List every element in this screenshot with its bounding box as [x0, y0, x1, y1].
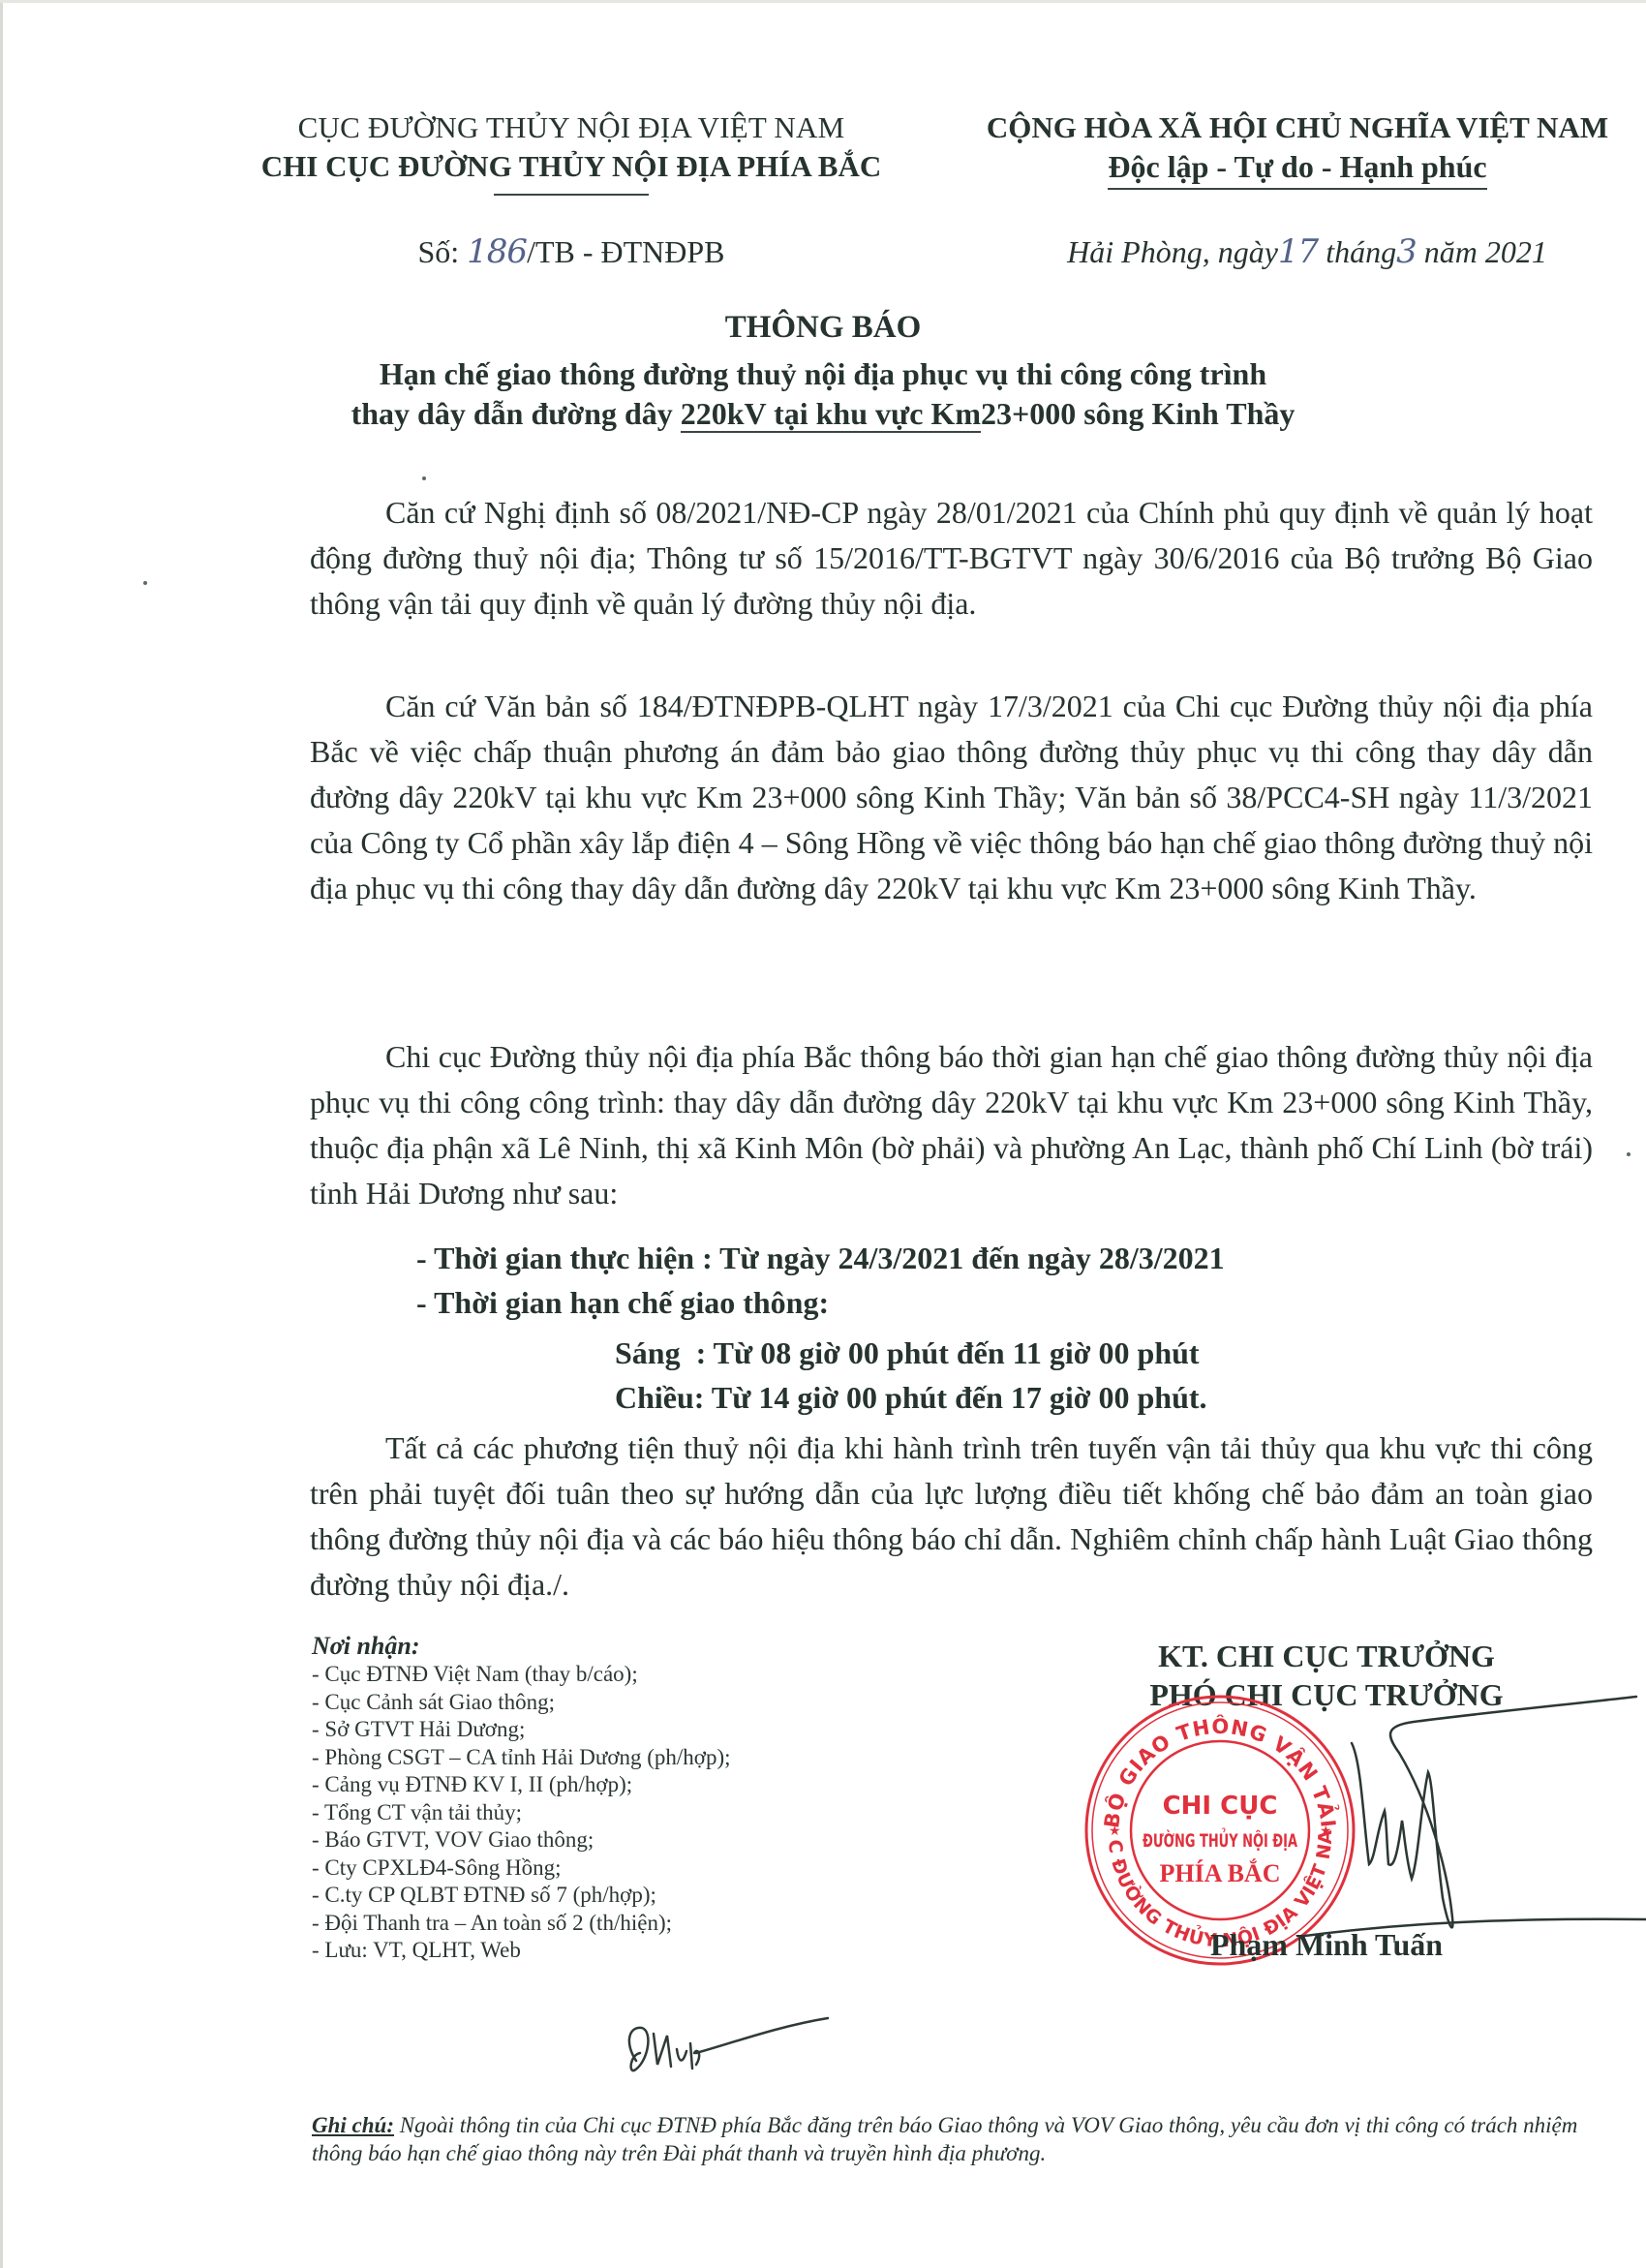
- document-number: Số: 186/TB - ĐTNĐPB: [155, 232, 988, 271]
- compliance-paragraph: Tất cả các phương tiện thuỷ nội địa khi …: [310, 1425, 1593, 1608]
- issuing-agency: CHI CỤC ĐƯỜNG THỦY NỘI ĐỊA PHÍA BẮC: [155, 147, 988, 186]
- recipients-heading: Nơi nhận:: [312, 1632, 912, 1661]
- recipients-list: - Cục ĐTNĐ Việt Nam (thay b/cáo);- Cục C…: [312, 1661, 912, 1965]
- legal-basis-paragraph-1: Căn cứ Nghị định số 08/2021/NĐ-CP ngày 2…: [310, 490, 1593, 627]
- recipient-item: - Cảng vụ ĐTNĐ KV I, II (ph/hợp);: [312, 1771, 912, 1799]
- scan-edge: [0, 0, 3, 2268]
- recipient-item: - Lưu: VT, QLHT, Web: [312, 1937, 912, 1965]
- signer-name: Phạm Minh Tuấn: [1055, 1927, 1598, 1963]
- recipient-item: - Báo GTVT, VOV Giao thông;: [312, 1826, 912, 1854]
- recipient-item: - Tổng CT vận tải thủy;: [312, 1799, 912, 1827]
- recipient-item: - C.ty CP QLBT ĐTNĐ số 7 (ph/hợp);: [312, 1882, 912, 1910]
- recipients-block: Nơi nhận: - Cục ĐTNĐ Việt Nam (thay b/cá…: [312, 1632, 912, 1965]
- national-motto: Độc lập - Tự do - Hạnh phúc: [1108, 147, 1486, 190]
- footnote: Ghi chú: Ngoài thông tin của Chi cục ĐTN…: [312, 2111, 1609, 2167]
- afternoon-restriction: Chiều: Từ 14 giờ 00 phút đến 17 giờ 00 p…: [615, 1375, 1207, 1420]
- execution-time: - Thời gian thực hiện : Từ ngày 24/3/202…: [416, 1236, 1225, 1280]
- recipient-item: - Phòng CSGT – CA tỉnh Hải Dương (ph/hợp…: [312, 1744, 912, 1772]
- handwritten-day: 17: [1278, 232, 1318, 271]
- handwritten-doc-number: 186: [467, 232, 527, 271]
- scan-edge-top: [0, 0, 1646, 3]
- agency-underline: [494, 194, 649, 196]
- legal-basis-paragraph-2: Căn cứ Văn bản số 184/ĐTNĐPB-QLHT ngày 1…: [310, 684, 1593, 911]
- recipient-item: - Cục ĐTNĐ Việt Nam (thay b/cáo);: [312, 1661, 912, 1689]
- document-subject: Hạn chế giao thông đường thuỷ nội địa ph…: [155, 354, 1491, 434]
- handwritten-signature-icon: [1162, 1675, 1646, 1937]
- footnote-text: Ngoài thông tin của Chi cục ĐTNĐ phía Bắ…: [312, 2113, 1577, 2165]
- scan-speck: [422, 476, 426, 480]
- recipient-item: - Sở GTVT Hải Dương;: [312, 1716, 912, 1744]
- issue-date: Hải Phòng, ngày17 tháng3 năm 2021: [968, 232, 1646, 271]
- republic-title: CỘNG HÒA XÃ HỘI CHỦ NGHĨA VIỆT NAM: [949, 108, 1646, 147]
- recipient-item: - Cục Cảnh sát Giao thông;: [312, 1689, 912, 1717]
- footnote-label: Ghi chú:: [312, 2113, 394, 2137]
- document-title: THÔNG BÁO: [155, 308, 1491, 347]
- svg-text:★: ★: [1109, 1824, 1121, 1839]
- recipient-item: - Đội Thanh tra – An toàn số 2 (th/hiện)…: [312, 1910, 912, 1938]
- scan-speck: [143, 581, 147, 585]
- scan-speck: [1627, 1152, 1631, 1156]
- signer-authority: KT. CHI CỤC TRƯỞNG: [1055, 1637, 1598, 1675]
- parent-agency: CỤC ĐƯỜNG THỦY NỘI ĐỊA VIỆT NAM: [155, 108, 988, 147]
- issuing-agency-block: CỤC ĐƯỜNG THỦY NỘI ĐỊA VIỆT NAM CHI CỤC …: [155, 108, 988, 196]
- announcement-paragraph: Chi cục Đường thủy nội địa phía Bắc thôn…: [310, 1034, 1593, 1216]
- handwritten-month: 3: [1396, 232, 1417, 271]
- initials-signature-icon: [615, 2014, 838, 2082]
- morning-restriction: Sáng : Từ 08 giờ 00 phút đến 11 giờ 00 p…: [615, 1331, 1200, 1375]
- recipient-item: - Cty CPXLĐ4-Sông Hồng;: [312, 1854, 912, 1883]
- national-title-block: CỘNG HÒA XÃ HỘI CHỦ NGHĨA VIỆT NAM Độc l…: [949, 108, 1646, 190]
- restriction-time-label: - Thời gian hạn chế giao thông:: [416, 1280, 829, 1325]
